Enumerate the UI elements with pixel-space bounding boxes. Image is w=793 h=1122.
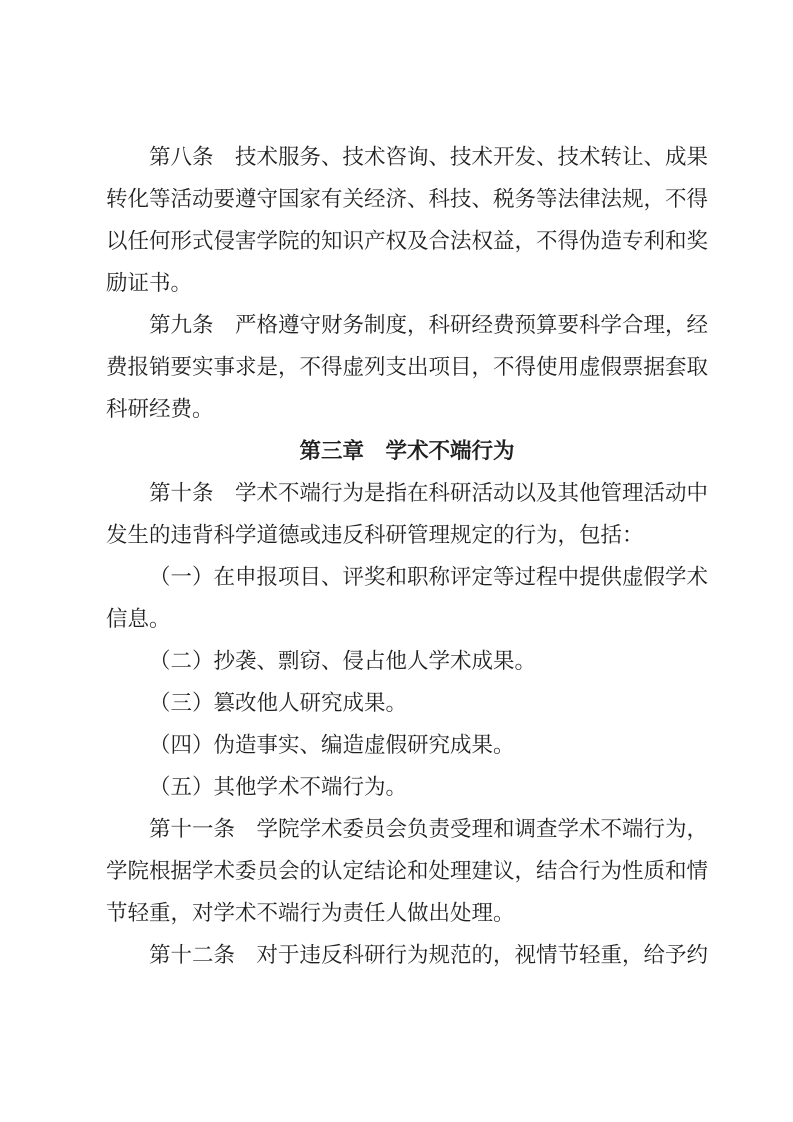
misconduct-list-item-3: （三）篡改他人研究成果。 xyxy=(106,682,708,724)
misconduct-list-item-5: （五）其他学术不端行为。 xyxy=(106,766,708,808)
document-page: 第八条 技术服务、技术咨询、技术开发、技术转让、成果转化等活动要遵守国家有关经济… xyxy=(0,0,793,1122)
chapter-3-heading: 第三章 学术不端行为 xyxy=(106,430,708,472)
misconduct-list-item-1: （一）在申报项目、评奖和职称评定等过程中提供虚假学术信息。 xyxy=(106,556,708,640)
article-12-paragraph: 第十二条 对于违反科研行为规范的，视情节轻重，给予约 xyxy=(106,934,708,976)
misconduct-list-item-2: （二）抄袭、剽窃、侵占他人学术成果。 xyxy=(106,640,708,682)
document-content: 第八条 技术服务、技术咨询、技术开发、技术转让、成果转化等活动要遵守国家有关经济… xyxy=(106,136,708,976)
article-11-paragraph: 第十一条 学院学术委员会负责受理和调查学术不端行为，学院根据学术委员会的认定结论… xyxy=(106,808,708,934)
article-10-paragraph: 第十条 学术不端行为是指在科研活动以及其他管理活动中发生的违背科学道德或违反科研… xyxy=(106,472,708,556)
article-9-paragraph: 第九条 严格遵守财务制度，科研经费预算要科学合理，经费报销要实事求是，不得虚列支… xyxy=(106,304,708,430)
misconduct-list-item-4: （四）伪造事实、编造虚假研究成果。 xyxy=(106,724,708,766)
article-8-paragraph: 第八条 技术服务、技术咨询、技术开发、技术转让、成果转化等活动要遵守国家有关经济… xyxy=(106,136,708,304)
